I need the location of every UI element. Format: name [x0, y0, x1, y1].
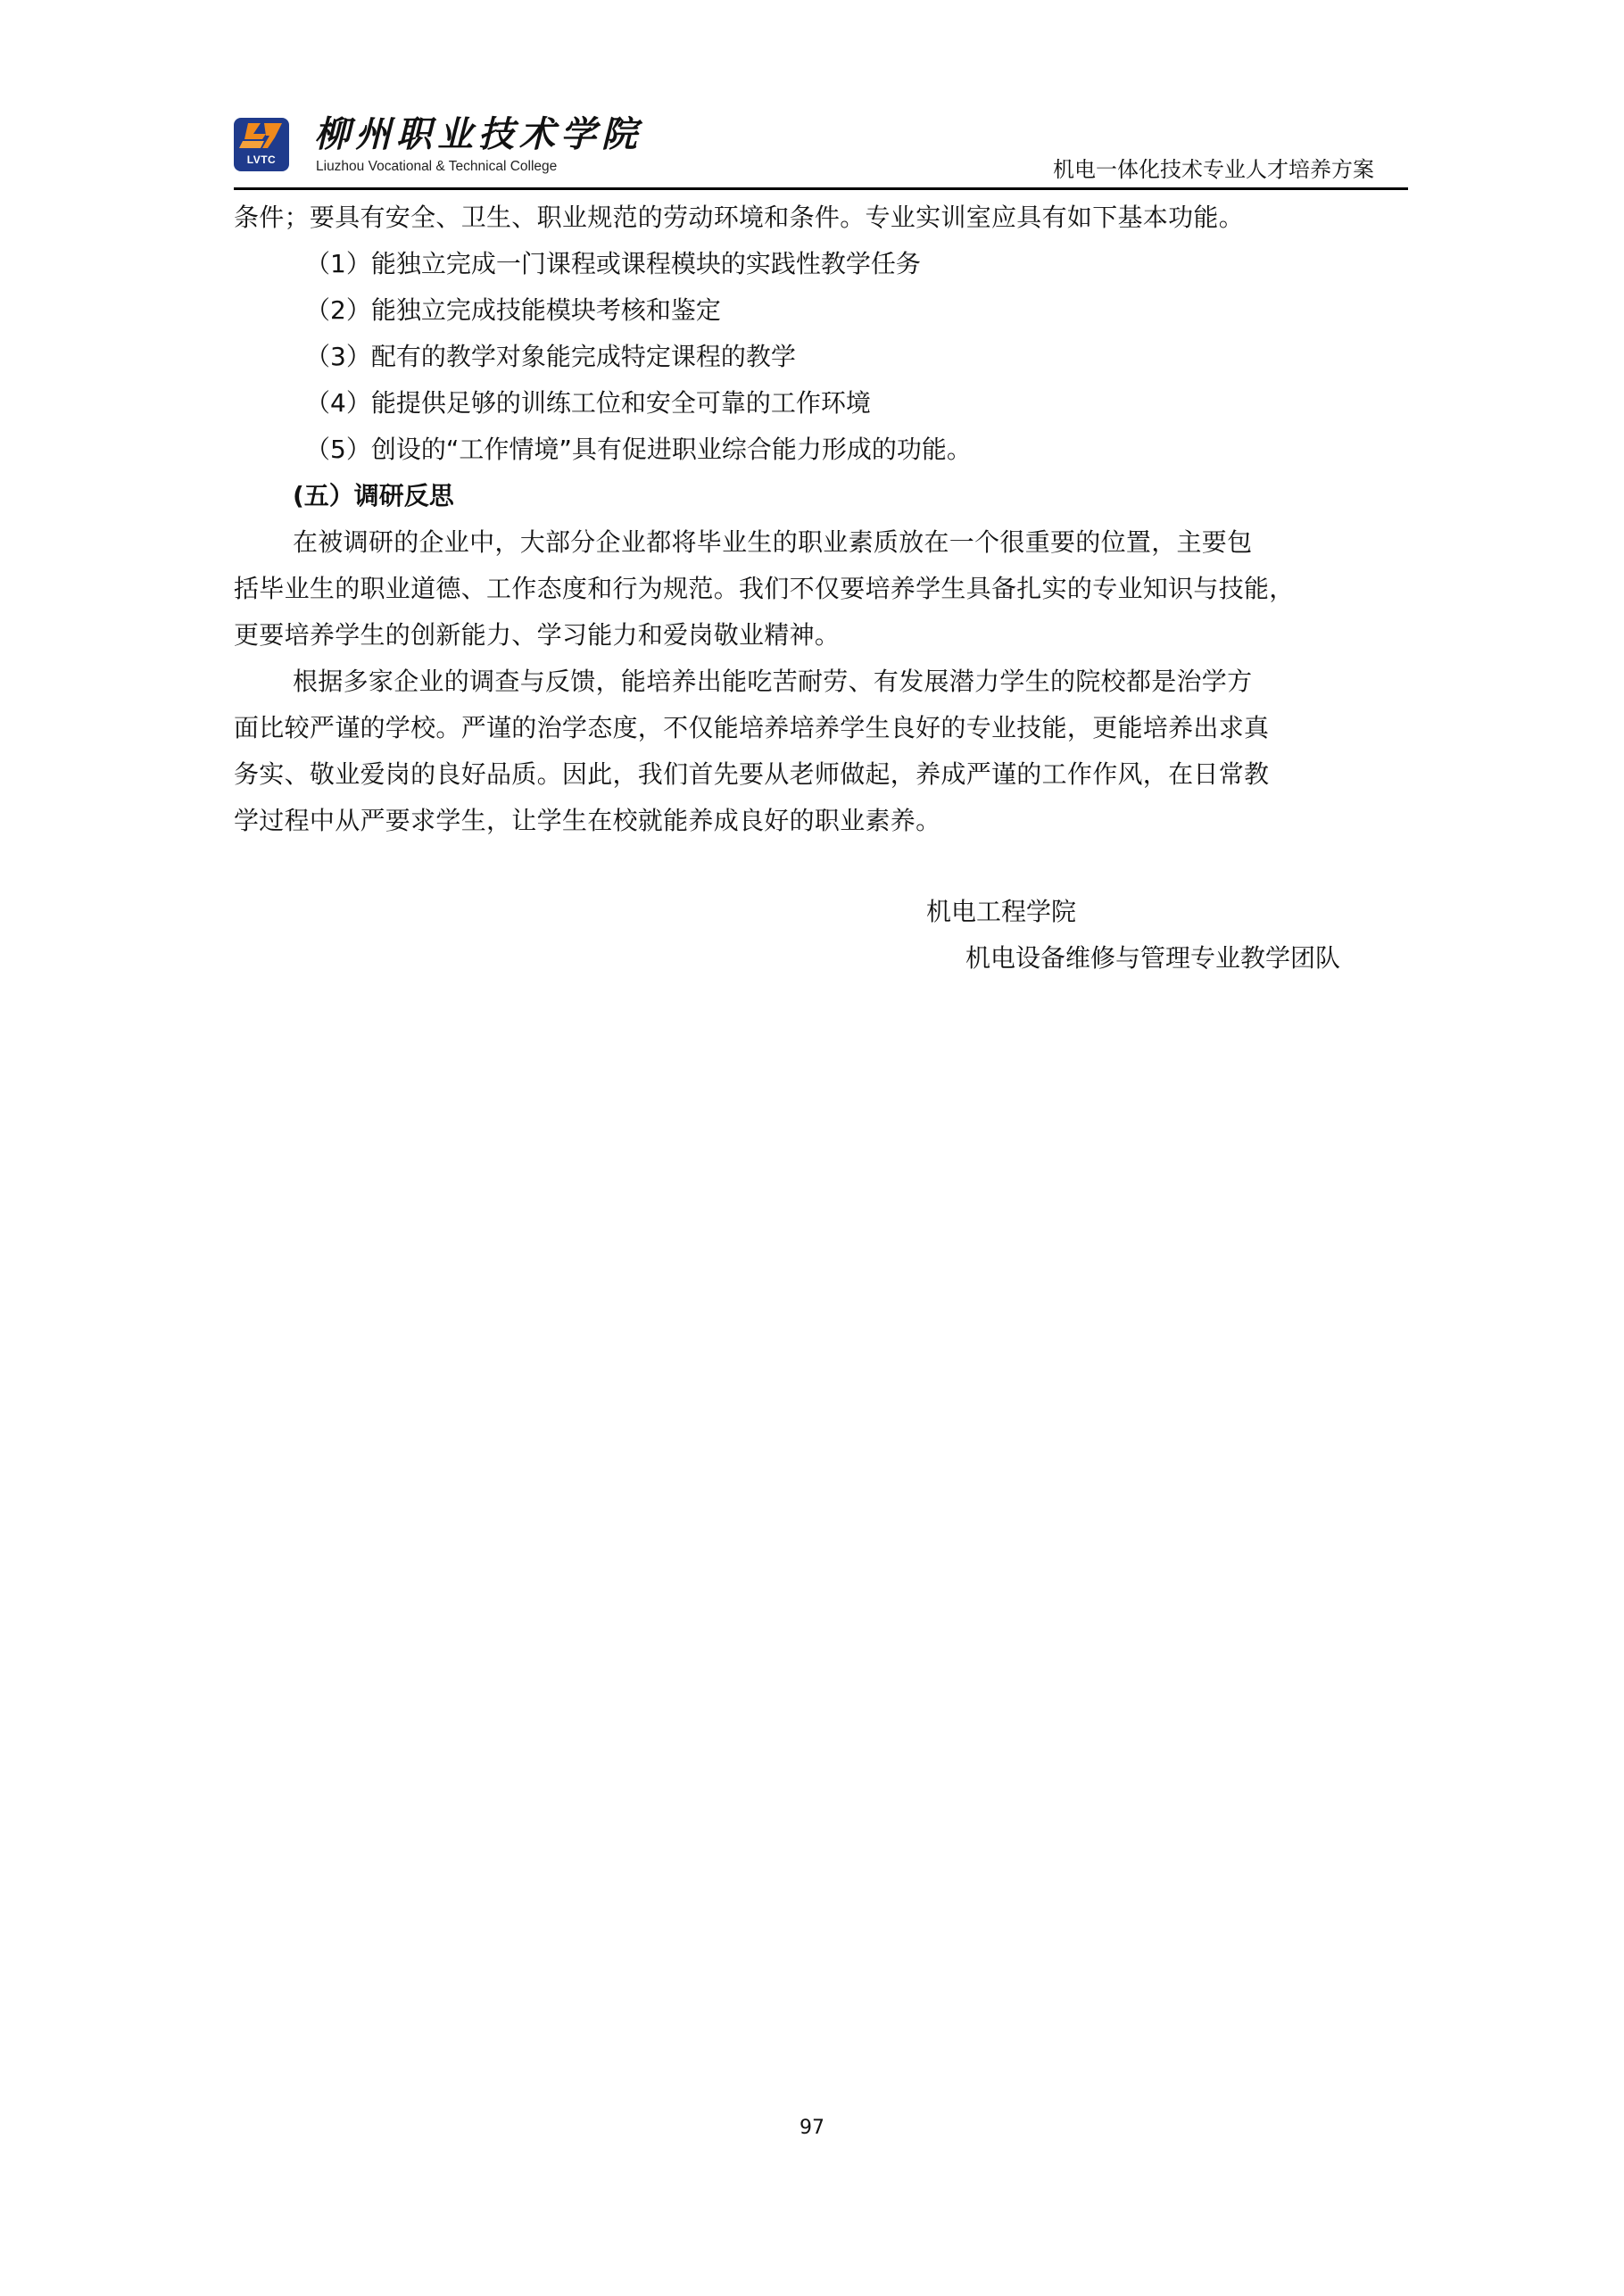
page-number: 97 [0, 2117, 1624, 2139]
paragraph-line: 根据多家企业的调查与反馈，能培养出能吃苦耐劳、有发展潜力学生的院校都是治学方 [234, 659, 1408, 705]
list-item: （1）能独立完成一门课程或课程模块的实践性教学任务 [234, 241, 1408, 287]
list-item: （2）能独立完成技能模块考核和鉴定 [234, 287, 1408, 334]
signature-team: 机电设备维修与管理专业教学团队 [234, 935, 1408, 982]
list-item: （3）配有的教学对象能完成特定课程的教学 [234, 334, 1408, 380]
signature-department: 机电工程学院 [234, 889, 1408, 935]
school-name-en: Liuzhou Vocational & Technical College [316, 159, 557, 175]
signature-block: 机电工程学院 机电设备维修与管理专业教学团队 [234, 889, 1408, 982]
paragraph-line: 务实、敬业爱岗的良好品质。因此，我们首先要从老师做起，养成严谨的工作作风，在日常… [234, 751, 1408, 798]
lvtc-logo-mark-icon [239, 121, 284, 153]
continuation-line: 条件；要具有安全、卫生、职业规范的劳动环境和条件。专业实训室应具有如下基本功能。 [234, 195, 1408, 241]
header-divider [234, 187, 1408, 190]
paragraph-line: 括毕业生的职业道德、工作态度和行为规范。我们不仅要培养学生具备扎实的专业知识与技… [234, 566, 1408, 612]
list-item: （5）创设的“工作情境”具有促进职业综合能力形成的功能。 [234, 427, 1408, 473]
paragraph-line: 更要培养学生的创新能力、学习能力和爱岗敬业精神。 [234, 612, 1408, 659]
paragraph-line: 学过程中从严要求学生，让学生在校就能养成良好的职业素养。 [234, 798, 1408, 844]
paragraph-line: 在被调研的企业中，大部分企业都将毕业生的职业素质放在一个很重要的位置，主要包 [234, 519, 1408, 566]
document-title: 机电一体化技术专业人才培养方案 [1053, 152, 1374, 183]
school-name-cn: 柳州职业技术学院 [314, 114, 642, 155]
document-body: 条件；要具有安全、卫生、职业规范的劳动环境和条件。专业实训室应具有如下基本功能。… [234, 195, 1408, 844]
page-header: LVTC 柳州职业技术学院 Liuzhou Vocational & Techn… [234, 114, 1408, 189]
paragraph-line: 面比较严谨的学校。严谨的治学态度，不仅能培养培养学生良好的专业技能，更能培养出求… [234, 705, 1408, 751]
list-item: （4）能提供足够的训练工位和安全可靠的工作环境 [234, 380, 1408, 427]
logo-text: LVTC [234, 153, 289, 166]
college-logo: LVTC [234, 118, 289, 171]
section-heading: (五）调研反思 [234, 473, 1408, 519]
